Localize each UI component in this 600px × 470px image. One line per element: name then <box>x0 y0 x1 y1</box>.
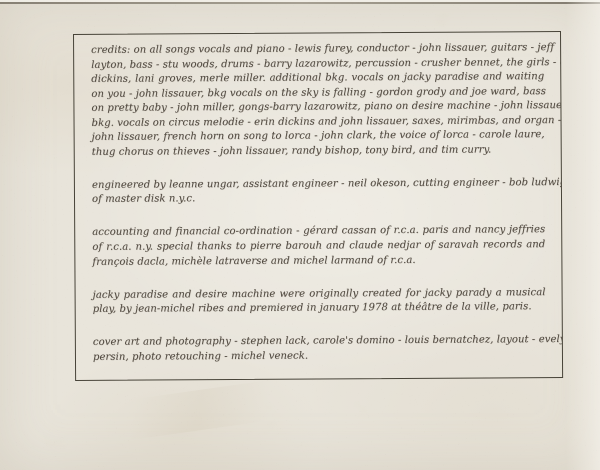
credits-panel: credits: on all songs vocals and piano -… <box>73 31 563 381</box>
credits-text-line: of r.c.a. n.y. special thanks to pierre … <box>92 238 545 255</box>
paper-streak <box>88 375 311 445</box>
scan-edge-line <box>0 2 600 4</box>
paper-background: credits: on all songs vocals and piano -… <box>0 0 600 470</box>
credits-paragraph: accounting and financial co-ordination -… <box>92 224 545 270</box>
credits-text-line: françois dacla, michèle latraverse and m… <box>92 253 545 270</box>
credits-text-line: thug chorus on thieves - john lissauer, … <box>92 143 545 160</box>
credits-text-line: play, by jean-michel ribes and premiered… <box>93 300 546 317</box>
credits-text-line: persin, photo retouching - michel veneck… <box>93 348 546 365</box>
credits-paragraph: cover art and photography - stephen lack… <box>93 333 546 365</box>
credits-text-line: cover art and photography - stephen lack… <box>93 333 546 350</box>
credits-text-block: credits: on all songs vocals and piano -… <box>74 32 562 380</box>
scan-right-light-band <box>566 0 600 470</box>
credits-paragraph: credits: on all songs vocals and piano -… <box>91 41 545 160</box>
credits-paragraph: engineered by leanne ungar, assistant en… <box>92 176 545 208</box>
credits-text-line: of master disk n.y.c. <box>92 191 545 208</box>
credits-paragraph: jacky paradise and desire machine were o… <box>93 286 546 318</box>
